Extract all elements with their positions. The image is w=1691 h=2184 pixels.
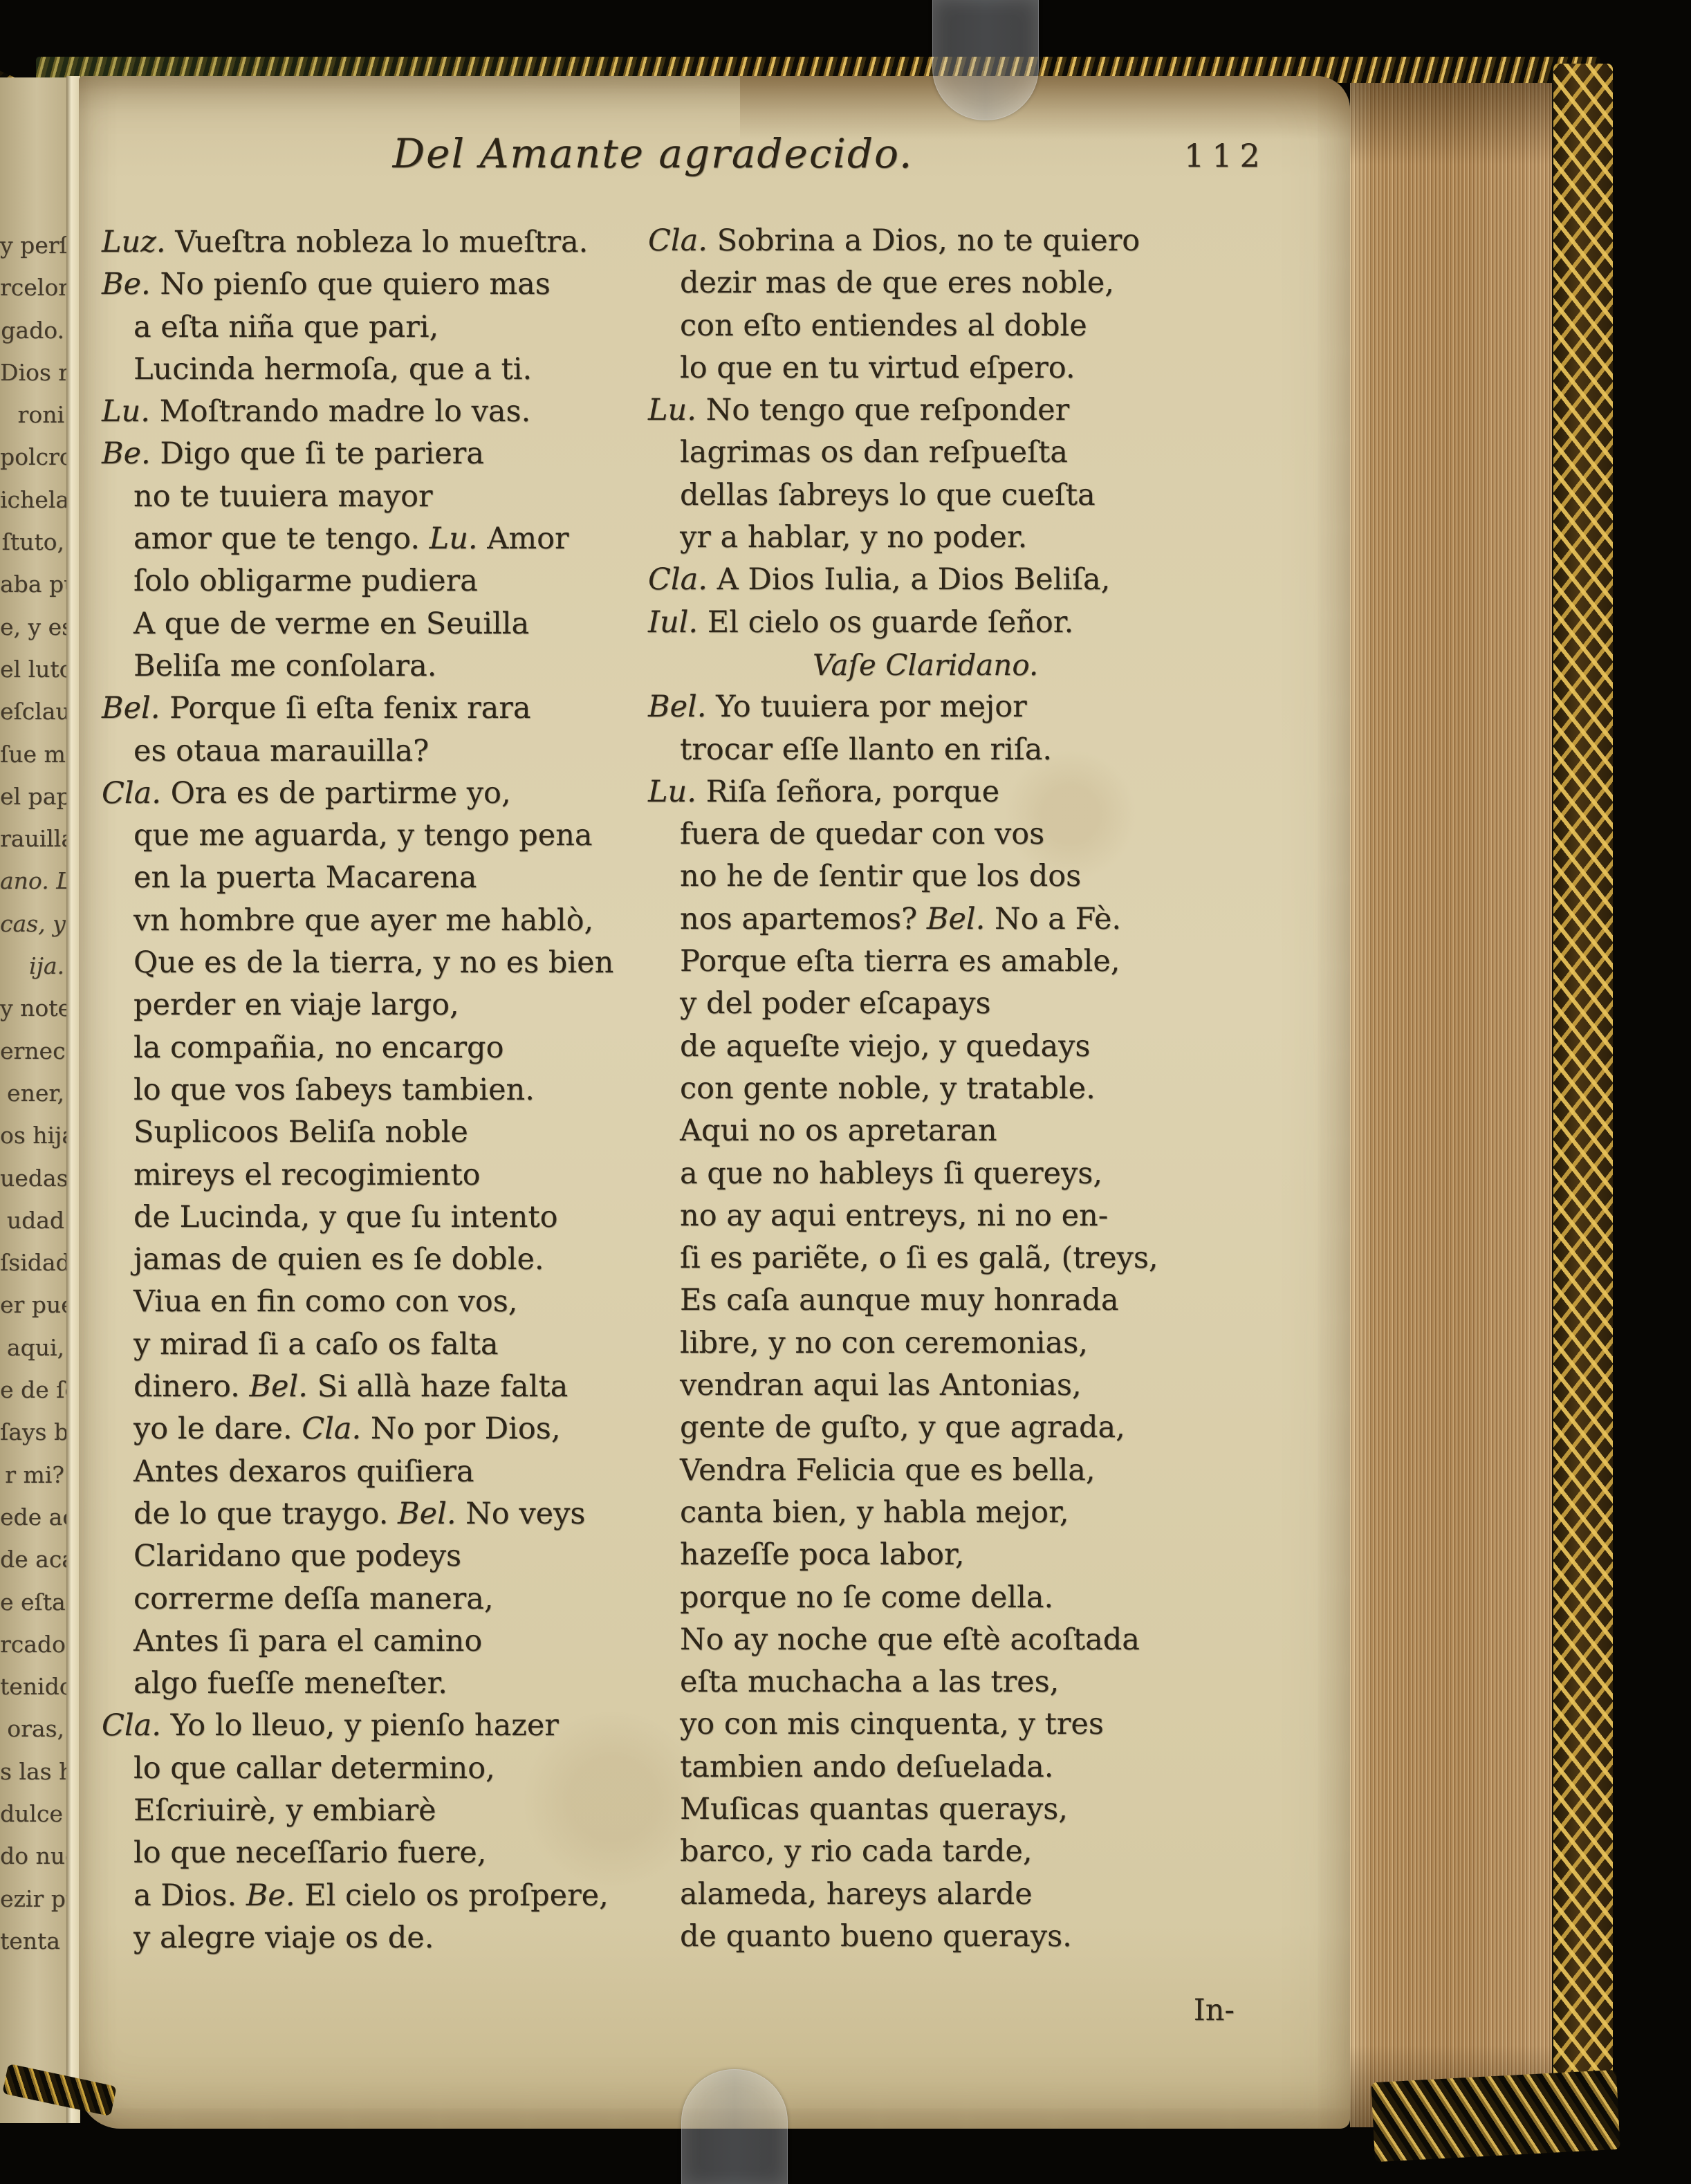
verse-line: libre, y no con ceremonias,	[648, 1322, 1259, 1364]
text-fragment: uedas,	[0, 1157, 66, 1199]
cradle-clamp-top	[932, 0, 1039, 120]
verse-line: trocar eſſe llanto en riſa.	[648, 729, 1259, 771]
text-fragment: el luto.	[0, 648, 66, 690]
text-fragment: e, y es	[0, 606, 66, 648]
verse-line: de Lucinda, y que ſu intento	[102, 1196, 663, 1239]
verse-line: dezir mas de que eres noble,	[648, 262, 1259, 304]
verse-line: Suplicoos Beliſa noble	[102, 1111, 663, 1154]
verse-line: Luz. Vueſtra nobleza lo mueſtra.	[102, 221, 663, 263]
book-photo-stage: y perſonrcelonagado.Dios recelronipolcro…	[0, 0, 1691, 2184]
text-fragment: tenta que	[0, 1920, 66, 1962]
opposite-page-text-fragments: y perſonrcelonagado.Dios recelronipolcro…	[0, 77, 66, 1962]
text-fragment: rcelona	[0, 266, 66, 308]
verse-line: hazeſſe poca labor,	[648, 1534, 1259, 1576]
verse-line: a Dios. Be. El cielo os proſpere,	[102, 1875, 663, 1917]
text-fragment: ſtuto,	[0, 521, 66, 563]
verse-line: Lu. Moſtrando madre lo vas.	[102, 391, 663, 433]
verse-line: Iul. El cielo os guarde ſeñor.	[648, 602, 1259, 644]
verse-line: Bel. Yo tuuiera por mejor	[648, 686, 1259, 728]
verse-line: dinero. Bel. Si allà haze falta	[102, 1366, 663, 1408]
bottom-right-gilt-corner	[1371, 2070, 1620, 2162]
text-fragment: do nueſtra	[0, 1835, 66, 1877]
text-fragment: dulce oluid	[0, 1793, 66, 1835]
text-fragment: ano. Luciñ	[0, 860, 66, 902]
verse-line: porque no ſe come della.	[648, 1577, 1259, 1619]
verse-line: y alegre viaje os de.	[102, 1917, 663, 1959]
verse-line: lo que vos ſabeys tambien.	[102, 1069, 663, 1111]
verse-line: lo que neceſſario fuere,	[102, 1832, 663, 1874]
verse-line: de quanto bueno querays.	[648, 1916, 1259, 1958]
verse-line: No ay noche que eſtè acoſtada	[648, 1619, 1259, 1661]
text-fragment: ija.	[0, 945, 66, 987]
verse-line: a eſta niña que pari,	[102, 306, 663, 349]
text-fragment: ener,	[0, 1072, 66, 1114]
text-fragment: tenido	[0, 1665, 66, 1708]
verse-line: Claridano que podeys	[102, 1535, 663, 1577]
text-fragment: eſclauills	[0, 690, 66, 732]
text-fragment: polcroni,	[0, 436, 66, 478]
text-fragment: gado.	[0, 309, 66, 351]
book-page: Del Amante agradecido. 112 Luz. Vueſtra …	[79, 76, 1350, 2129]
text-fragment: ezir puedo	[0, 1878, 66, 1920]
verse-line: ſi es pariẽte, o ſi es galã, (treys,	[648, 1237, 1259, 1279]
verse-line: Antes ſi para el camino	[102, 1620, 663, 1663]
text-fragment: ſue mi ayo	[0, 733, 66, 775]
verse-line: correrme deſſa manera,	[102, 1578, 663, 1620]
verse-line: no he de ſentir que los dos	[648, 855, 1259, 898]
verse-line: Cla. Ora es de partirme yo,	[102, 772, 663, 815]
verse-line: Be. Digo que ſi te pariera	[102, 433, 663, 475]
verse-line: Que es de la tierra, y no es bien	[102, 942, 663, 984]
text-fragment: roni	[0, 394, 66, 436]
verse-line: ſolo obligarme pudiera	[102, 560, 663, 602]
text-fragment: r mi?	[0, 1454, 66, 1496]
gold-tooled-binding-band	[1552, 64, 1613, 2140]
text-fragment: e eſta	[0, 1581, 66, 1623]
verse-line: lagrimas os dan reſpueſta	[648, 432, 1259, 474]
text-fragment: s las horas	[0, 1750, 66, 1793]
verse-line: yo le dare. Cla. No por Dios,	[102, 1408, 663, 1450]
verse-line: nos apartemos? Bel. No a Fè.	[648, 898, 1259, 941]
text-fragment: ede acaba	[0, 1496, 66, 1538]
verse-line: lo que en tu virtud eſpero.	[648, 347, 1259, 389]
verse-line: Lu. No tengo que reſponder	[648, 389, 1259, 432]
text-fragment: y note aſsi	[0, 987, 66, 1029]
verse-line: es otaua marauilla?	[102, 730, 663, 772]
verse-line: A que de verme en Seuilla	[102, 603, 663, 645]
verse-line: Be. No pienſo que quiero mas	[102, 263, 663, 306]
verse-line: Aqui no os apretaran	[648, 1110, 1259, 1152]
verse-line: Cla. A Dios Iulia, a Dios Beliſa,	[648, 559, 1259, 601]
text-fragment: udad	[0, 1199, 66, 1241]
verse-line: a que no hableys ſi quereys,	[648, 1153, 1259, 1195]
catchword: In-	[648, 1990, 1259, 2032]
text-fragment: el papag	[0, 775, 66, 817]
text-fragment: ſsidad,	[0, 1241, 66, 1284]
verse-line: jamas de quien es ſe doble.	[102, 1239, 663, 1281]
text-fragment: os hijas,	[0, 1114, 66, 1156]
text-fragment: aba pues,	[0, 563, 66, 605]
verse-line: alameda, hareys alarde	[648, 1873, 1259, 1916]
verse-line: canta bien, y habla mejor,	[648, 1492, 1259, 1534]
verse-line: tambien ando deſuelada.	[648, 1746, 1259, 1788]
verse-line: lo que callar determino,	[102, 1748, 663, 1790]
verse-line: Muſicas quantas querays,	[648, 1788, 1259, 1831]
text-fragment: ſays boluer	[0, 1411, 66, 1453]
text-fragment: cas, y anto	[0, 903, 66, 945]
verse-line: Viua en fin como con vos,	[102, 1281, 663, 1323]
verse-line: Lu. Riſa ſeñora, porque	[648, 771, 1259, 813]
verse-line: y del poder eſcapays	[648, 983, 1259, 1025]
left-text-column: Luz. Vueſtra nobleza lo mueſtra.Be. No p…	[102, 221, 663, 1959]
verse-line: mireys el recogimiento	[102, 1154, 663, 1196]
verse-line: fuera de quedar con vos	[648, 813, 1259, 855]
verse-line: vn hombre que ayer me hablò,	[102, 900, 663, 942]
text-fragment: e de ſer.	[0, 1369, 66, 1411]
verse-line: gente de guſto, y que agrada,	[648, 1407, 1259, 1449]
verse-line: Vendra Felicia que es bella,	[648, 1450, 1259, 1492]
gilt-fore-edge	[1350, 83, 1552, 2127]
verse-line: dellas ſabreys lo que cueſta	[648, 474, 1259, 517]
opposite-page-sliver: y perſonrcelonagado.Dios recelronipolcro…	[0, 77, 66, 2123]
verse-line: yr a hablar, y no poder.	[648, 517, 1259, 559]
right-text-column: Cla. Sobrina a Dios, no te quierodezir m…	[648, 220, 1259, 2032]
verse-line: Porque eſta tierra es amable,	[648, 941, 1259, 983]
text-fragment: ichelas,	[0, 479, 66, 521]
cradle-clamp-bottom	[681, 2069, 788, 2184]
verse-line: yo con mis cinquenta, y tres	[648, 1703, 1259, 1746]
verse-line: con eſto entiendes al doble	[648, 305, 1259, 347]
verse-line: vendran aqui las Antonias,	[648, 1364, 1259, 1407]
text-fragment: rauillas,	[0, 817, 66, 860]
verse-line: Antes dexaros quiſiera	[102, 1451, 663, 1493]
verse-line: perder en viaje largo,	[102, 984, 663, 1026]
text-fragment: er puedas,	[0, 1284, 66, 1326]
verse-line: la compañia, no encargo	[102, 1027, 663, 1069]
verse-line: Beliſa me conſolara.	[102, 645, 663, 687]
text-fragment: oras,	[0, 1708, 66, 1750]
verse-line: Es caſa aunque muy honrada	[648, 1279, 1259, 1322]
text-fragment: rcado.	[0, 1623, 66, 1665]
verse-line: no ay aqui entreys, ni no en-	[648, 1195, 1259, 1237]
verse-line: Cla. Sobrina a Dios, no te quiero	[648, 220, 1259, 262]
verse-line: eſta muchacha a las tres,	[648, 1661, 1259, 1703]
stage-direction: Vaſe Claridano.	[648, 644, 1259, 686]
verse-line: de aqueſte viejo, y quedays	[648, 1026, 1259, 1068]
verse-line: Lucinda hermoſa, que a ti.	[102, 349, 663, 391]
text-fragment: aqui,	[0, 1326, 66, 1369]
verse-line: amor que te tengo. Lu. Amor	[102, 518, 663, 560]
verse-line: Cla. Yo lo lleuo, y pienſo hazer	[102, 1705, 663, 1747]
running-title: Del Amante agradecido.	[203, 130, 1102, 177]
text-fragment: y perſon	[0, 224, 66, 266]
verse-line: Bel. Porque ſi eſta fenix rara	[102, 687, 663, 730]
verse-line: algo fueſſe meneſter.	[102, 1663, 663, 1705]
verse-line: en la puerta Macarena	[102, 857, 663, 899]
verse-line: y mirad ſi a caſo os falta	[102, 1324, 663, 1366]
verse-line: Eſcriuirè, y embiarè	[102, 1790, 663, 1832]
verse-line: barco, y rio cada tarde,	[648, 1831, 1259, 1873]
page-number: 112	[1184, 137, 1336, 174]
verse-line: no te tuuiera mayor	[102, 476, 663, 518]
page-deckle-edge	[66, 76, 80, 2123]
text-fragment: ernecer,	[0, 1030, 66, 1072]
verse-line: que me aguarda, y tengo pena	[102, 815, 663, 857]
text-fragment: Dios recel	[0, 351, 66, 394]
verse-line: con gente noble, y tratable.	[648, 1068, 1259, 1110]
verse-line: de lo que traygo. Bel. No veys	[102, 1493, 663, 1535]
text-fragment: de aca	[0, 1538, 66, 1580]
